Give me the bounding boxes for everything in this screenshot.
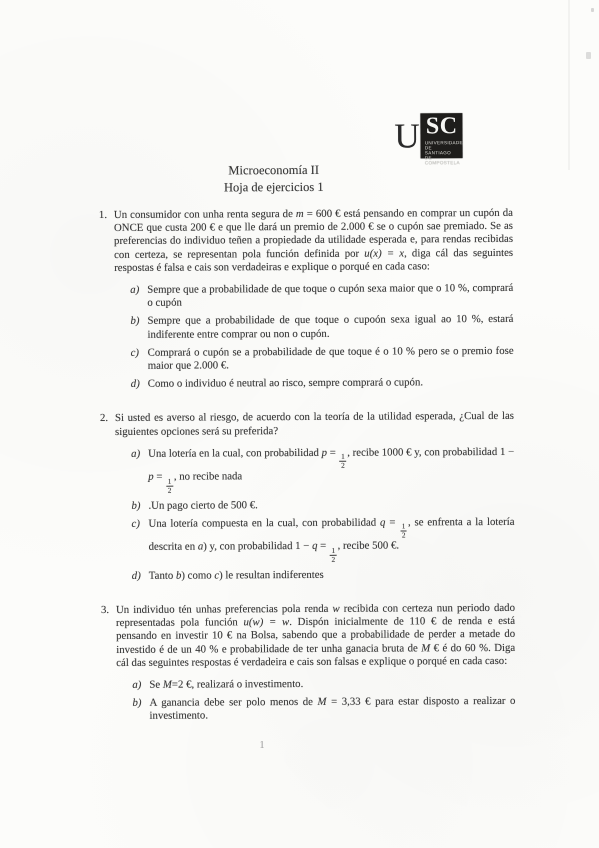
option-label: c) bbox=[131, 518, 148, 565]
question-number: 3. bbox=[101, 604, 117, 729]
usc-logo: U SC UNIVERSIDADE DE SANTIAGO DE COMPOST… bbox=[394, 113, 463, 159]
doc-subtitle: Hoja de ejercicios 1 bbox=[79, 178, 469, 197]
question-text: Si usted es averso al riesgo, de acuerdo… bbox=[115, 410, 514, 438]
option-item: d) Tanto b) como c) le resultan indifere… bbox=[132, 568, 515, 583]
doc-header: Microeconomía II Hoja de ejercicios 1 bbox=[79, 161, 469, 197]
doc-title: Microeconomía II bbox=[79, 161, 469, 180]
option-item: c) Comprará o cupón se a probabilidade d… bbox=[131, 345, 514, 373]
usc-logo-square: SC UNIVERSIDADE DE SANTIAGO DE COMPOSTEL… bbox=[421, 113, 463, 158]
options-list: a) Se M=2 €, realizará o investimento. b… bbox=[132, 677, 515, 724]
page-content: U SC UNIVERSIDADE DE SANTIAGO DE COMPOST… bbox=[0, 0, 599, 848]
usc-logo-u: U bbox=[394, 113, 420, 159]
options-list: a) Una lotería en la cual, con probabili… bbox=[131, 446, 515, 583]
question-2: 2. Si usted es averso al riesgo, de acue… bbox=[100, 410, 515, 588]
question-list: 1. Un consumidor con unha renta segura d… bbox=[99, 207, 516, 745]
option-item: a) Una lotería en la cual, con probabili… bbox=[131, 446, 514, 495]
question-text: Un consumidor con unha renta segura de m… bbox=[114, 207, 513, 275]
options-list: a) Sempre que a probabilidade de que toq… bbox=[130, 282, 514, 391]
question-3: 3. Un individuo tén unhas preferencias p… bbox=[101, 602, 516, 729]
option-label: a) bbox=[132, 679, 149, 692]
question-text: Un individuo tén unhas preferencias pola… bbox=[116, 602, 515, 670]
page-number: 1 bbox=[252, 740, 272, 751]
option-item: d) Como o individuo é neutral ao risco, … bbox=[131, 376, 514, 391]
question-number: 1. bbox=[99, 209, 115, 397]
usc-logo-sc: SC bbox=[426, 113, 458, 139]
option-text: Sempre que a probabilidade de que toque … bbox=[147, 282, 513, 310]
question-number: 2. bbox=[100, 412, 116, 588]
option-text: Como o individuo é neutral ao risco, sem… bbox=[148, 376, 514, 391]
option-item: b) .Un pago cierto de 500 €. bbox=[131, 498, 514, 513]
option-text: Una lotería en la cual, con probabilidad… bbox=[148, 446, 514, 495]
option-text: A ganancia debe ser polo menos de M = 3,… bbox=[149, 695, 515, 723]
option-item: c) Una lotería compuesta en la cual, con… bbox=[131, 516, 514, 565]
option-label: a) bbox=[130, 284, 147, 310]
option-label: c) bbox=[131, 347, 148, 373]
question-body: Si usted es averso al riesgo, de acuerdo… bbox=[115, 410, 515, 588]
option-label: b) bbox=[130, 315, 147, 341]
option-text: Una lotería compuesta en la cual, con pr… bbox=[148, 516, 514, 565]
option-text: Tanto b) como c) le resultan indiferente… bbox=[149, 568, 515, 583]
option-text: Se M=2 €, realizará o investimento. bbox=[149, 677, 515, 692]
option-text: .Un pago cierto de 500 €. bbox=[148, 498, 514, 513]
document-page: U SC UNIVERSIDADE DE SANTIAGO DE COMPOST… bbox=[0, 0, 599, 848]
option-text: Comprará o cupón se a probabilidade de q… bbox=[148, 345, 514, 373]
option-label: a) bbox=[131, 448, 148, 495]
question-body: Un individuo tén unhas preferencias pola… bbox=[116, 602, 516, 729]
option-label: b) bbox=[132, 697, 149, 723]
option-label: b) bbox=[131, 500, 148, 513]
option-item: b) Sempre que a probabilidade de que toq… bbox=[130, 313, 513, 341]
question-1: 1. Un consumidor con unha renta segura d… bbox=[99, 207, 514, 397]
option-item: b) A ganancia debe ser polo menos de M =… bbox=[132, 695, 515, 723]
option-item: a) Sempre que a probabilidade de que toq… bbox=[130, 282, 513, 310]
option-text: Sempre que a probabilidade de que toque … bbox=[147, 313, 513, 341]
option-label: d) bbox=[132, 570, 149, 583]
option-label: d) bbox=[131, 378, 148, 391]
option-item: a) Se M=2 €, realizará o investimento. bbox=[132, 677, 515, 692]
question-body: Un consumidor con unha renta segura de m… bbox=[114, 207, 514, 397]
